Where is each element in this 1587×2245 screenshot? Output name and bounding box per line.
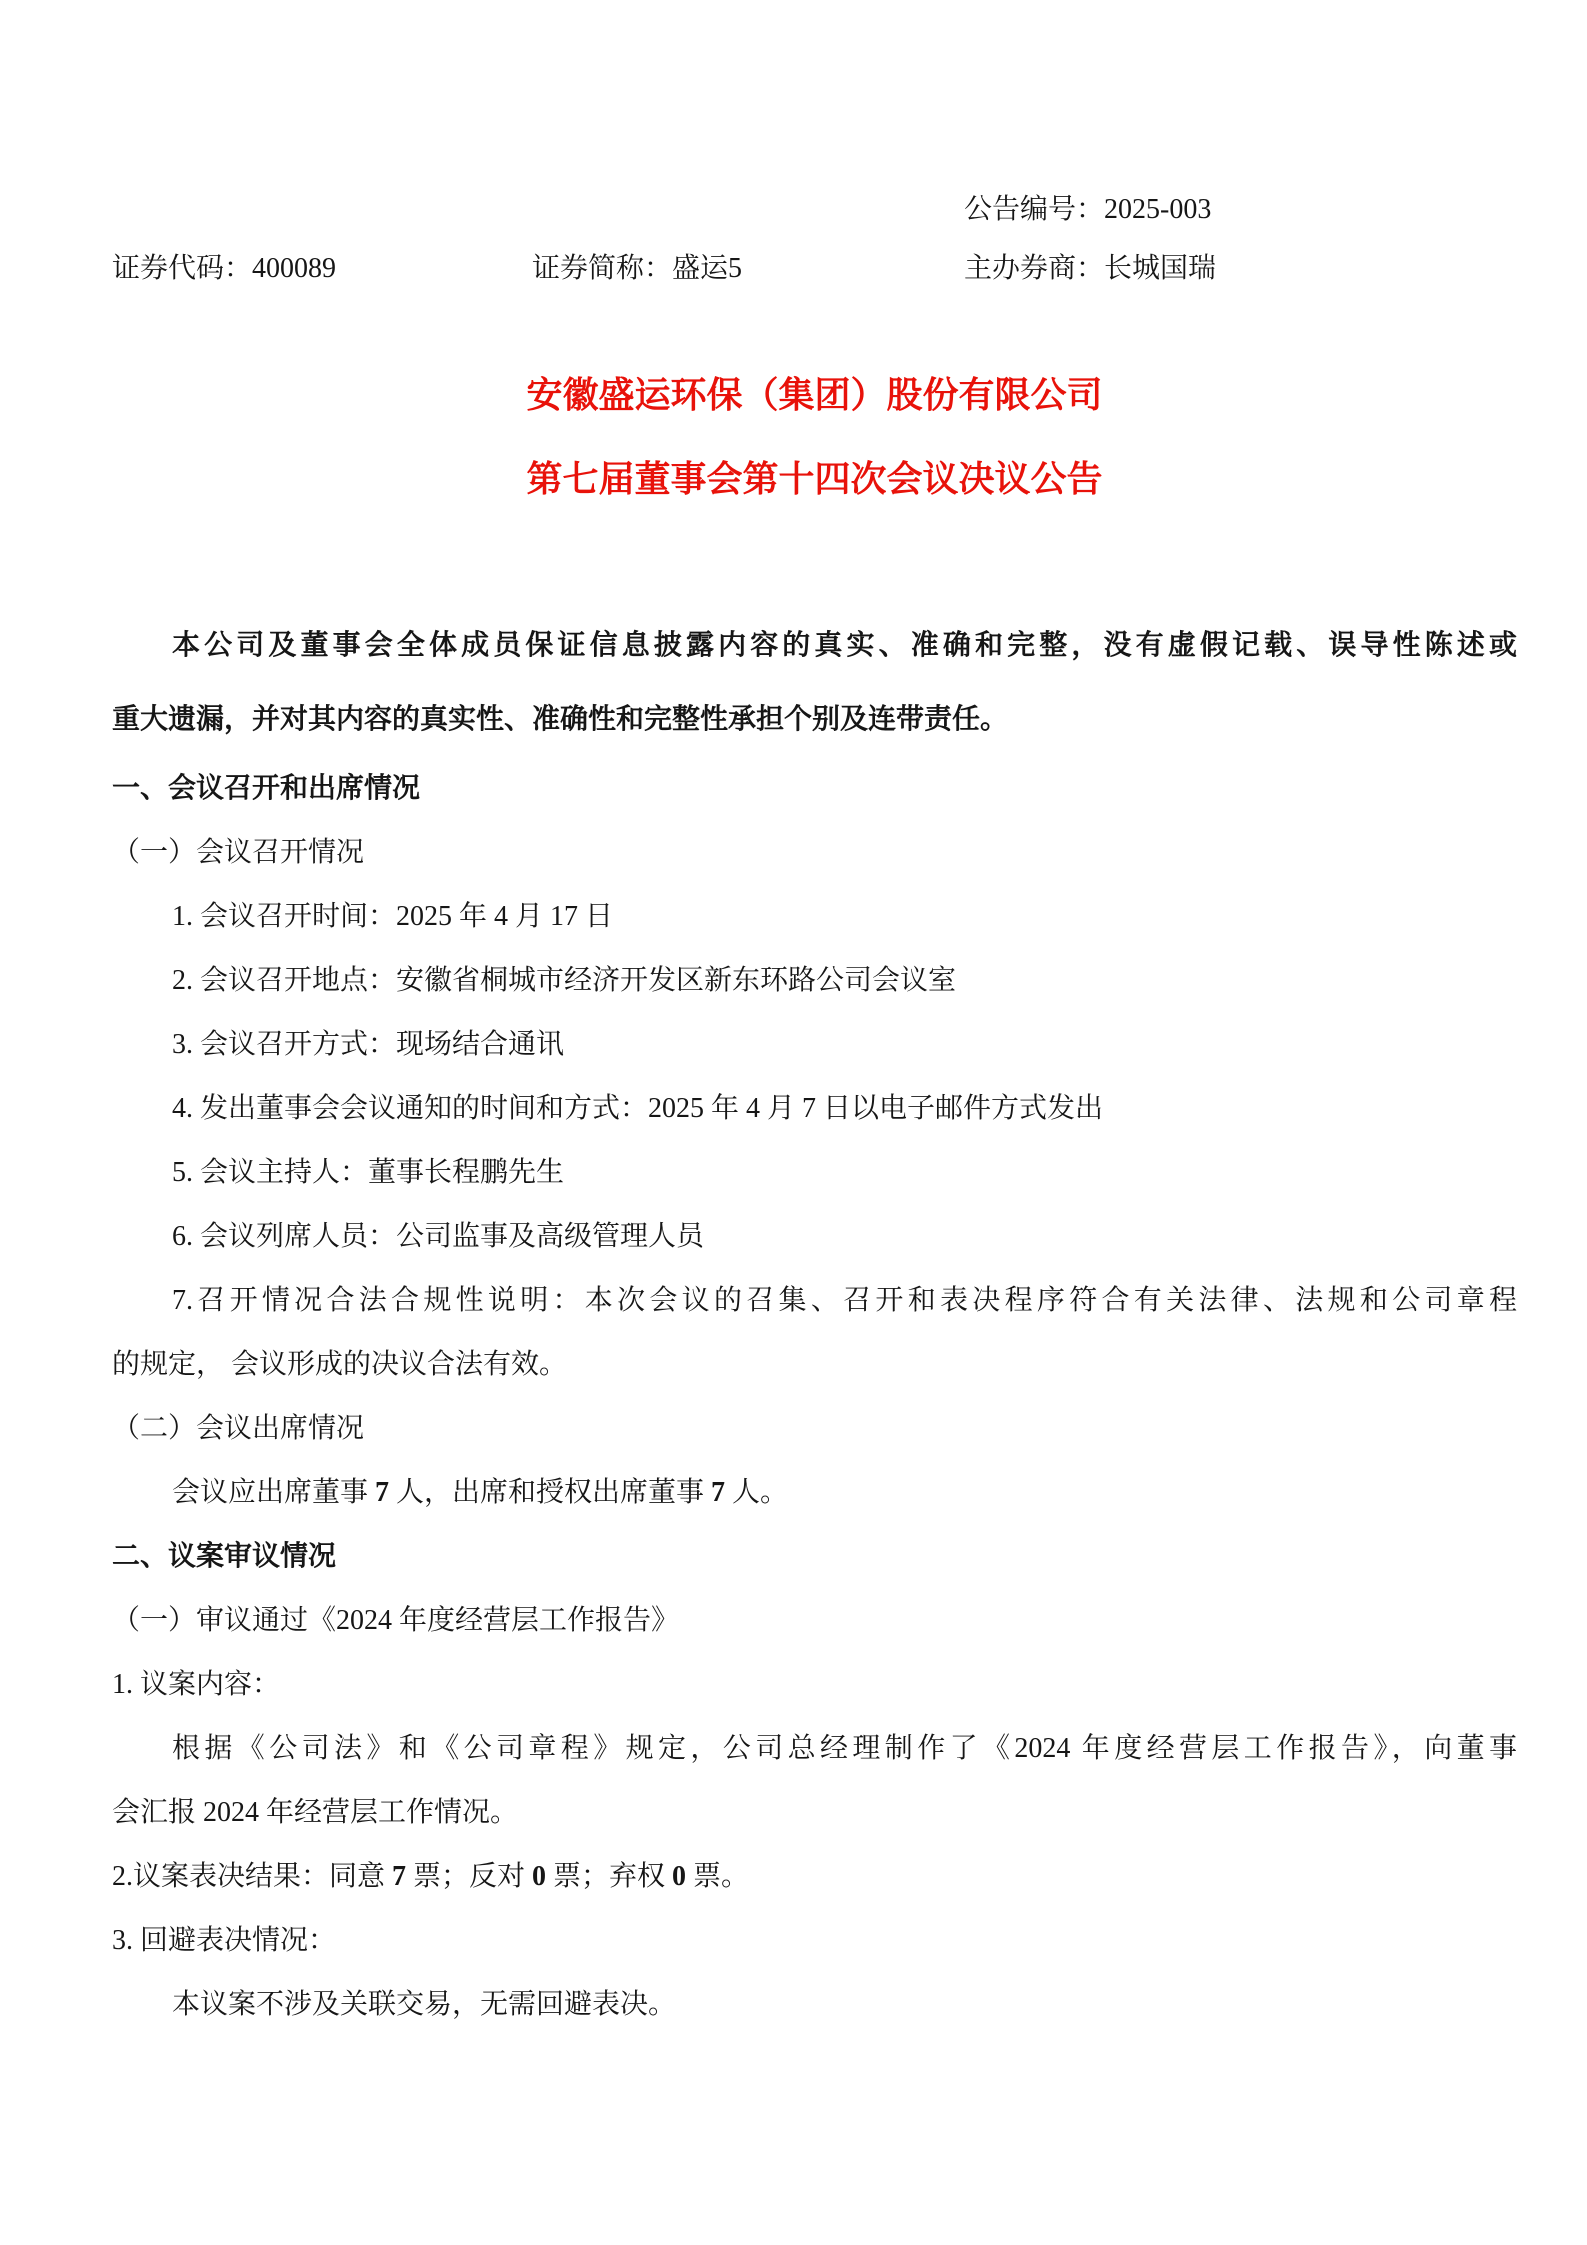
attendance-text-pre: 会议应出席董事 — [172, 1477, 375, 1508]
vote-abstain-count: 0 — [672, 1861, 686, 1892]
announcement-page: 公告编号：2025-003 证券代码：400089 证券简称：盛运5 主办券商：… — [0, 0, 1587, 2245]
vote-agree-count: 7 — [392, 1861, 406, 1892]
proposal-content-heading: 1. 议案内容： — [112, 1653, 1517, 1717]
attendance-line: 会议应出席董事 7 人，出席和授权出席董事 7 人。 — [112, 1461, 1517, 1525]
meeting-place-item: 2. 会议召开地点：安徽省桐城市经济开发区新东环路公司会议室 — [112, 949, 1517, 1013]
notice-number: 公告编号：2025-003 — [964, 190, 1517, 230]
abstention-content: 本议案不涉及关联交易，无需回避表决。 — [112, 1973, 1517, 2037]
vote-result-line: 2.议案表决结果：同意 7 票；反对 0 票；弃权 0 票。 — [112, 1845, 1517, 1909]
attendance-text-suf: 人。 — [725, 1477, 788, 1508]
section2-sub1-heading: （一）审议通过《2024 年度经营层工作报告》 — [112, 1589, 1517, 1653]
attendance-actual-count: 7 — [711, 1477, 725, 1508]
legality-item-line-2: 的规定， 会议形成的决议合法有效。 — [112, 1333, 1517, 1397]
securities-code: 证券代码：400089 — [112, 249, 532, 289]
legality-item-line-1: 7.召开情况合法合规性说明：本次会议的召集、召开和表决程序符合有关法律、法规和公… — [112, 1269, 1517, 1333]
disclaimer-line-1: 本公司及董事会全体成员保证信息披露内容的真实、准确和完整，没有虚假记载、误导性陈… — [112, 609, 1517, 683]
vote-text-s1: 票；反对 — [406, 1861, 532, 1892]
disclaimer-paragraph: 本公司及董事会全体成员保证信息披露内容的真实、准确和完整，没有虚假记载、误导性陈… — [112, 609, 1517, 757]
vote-text-pre: 2.议案表决结果：同意 — [112, 1861, 392, 1892]
meeting-time-item: 1. 会议召开时间：2025 年 4 月 17 日 — [112, 885, 1517, 949]
securities-meta-row: 证券代码：400089 证券简称：盛运5 主办券商：长城国瑞 — [112, 249, 1517, 289]
section1-heading: 一、会议召开和出席情况 — [112, 757, 1517, 821]
securities-short-name: 证券简称：盛运5 — [532, 249, 964, 289]
section2-heading: 二、议案审议情况 — [112, 1525, 1517, 1589]
proposal-content-line-2: 会汇报 2024 年经营层工作情况。 — [112, 1781, 1517, 1845]
disclaimer-line-2: 重大遗漏，并对其内容的真实性、准确性和完整性承担个别及连带责任。 — [112, 683, 1517, 757]
meeting-host-item: 5. 会议主持人：董事长程鹏先生 — [112, 1141, 1517, 1205]
attendance-expected-count: 7 — [375, 1477, 389, 1508]
attendance-text-mid: 人，出席和授权出席董事 — [389, 1477, 711, 1508]
vote-text-suf: 票。 — [686, 1861, 749, 1892]
notice-method-item: 4. 发出董事会会议通知的时间和方式：2025 年 4 月 7 日以电子邮件方式… — [112, 1077, 1517, 1141]
proposal-content-line-1: 根据《公司法》和《公司章程》规定，公司总经理制作了《2024 年度经营层工作报告… — [112, 1717, 1517, 1781]
vote-against-count: 0 — [532, 1861, 546, 1892]
vote-text-s2: 票；弃权 — [546, 1861, 672, 1892]
section1-sub2-heading: （二）会议出席情况 — [112, 1397, 1517, 1461]
section1-sub1-heading: （一）会议召开情况 — [112, 821, 1517, 885]
meeting-method-item: 3. 会议召开方式：现场结合通讯 — [112, 1013, 1517, 1077]
meeting-resolution-title: 第七届董事会第十四次会议决议公告 — [112, 455, 1517, 503]
abstention-heading: 3. 回避表决情况： — [112, 1909, 1517, 1973]
lead-broker: 主办券商：长城国瑞 — [964, 249, 1517, 289]
company-name-title: 安徽盛运环保（集团）股份有限公司 — [112, 371, 1517, 419]
attendees-item: 6. 会议列席人员：公司监事及高级管理人员 — [112, 1205, 1517, 1269]
